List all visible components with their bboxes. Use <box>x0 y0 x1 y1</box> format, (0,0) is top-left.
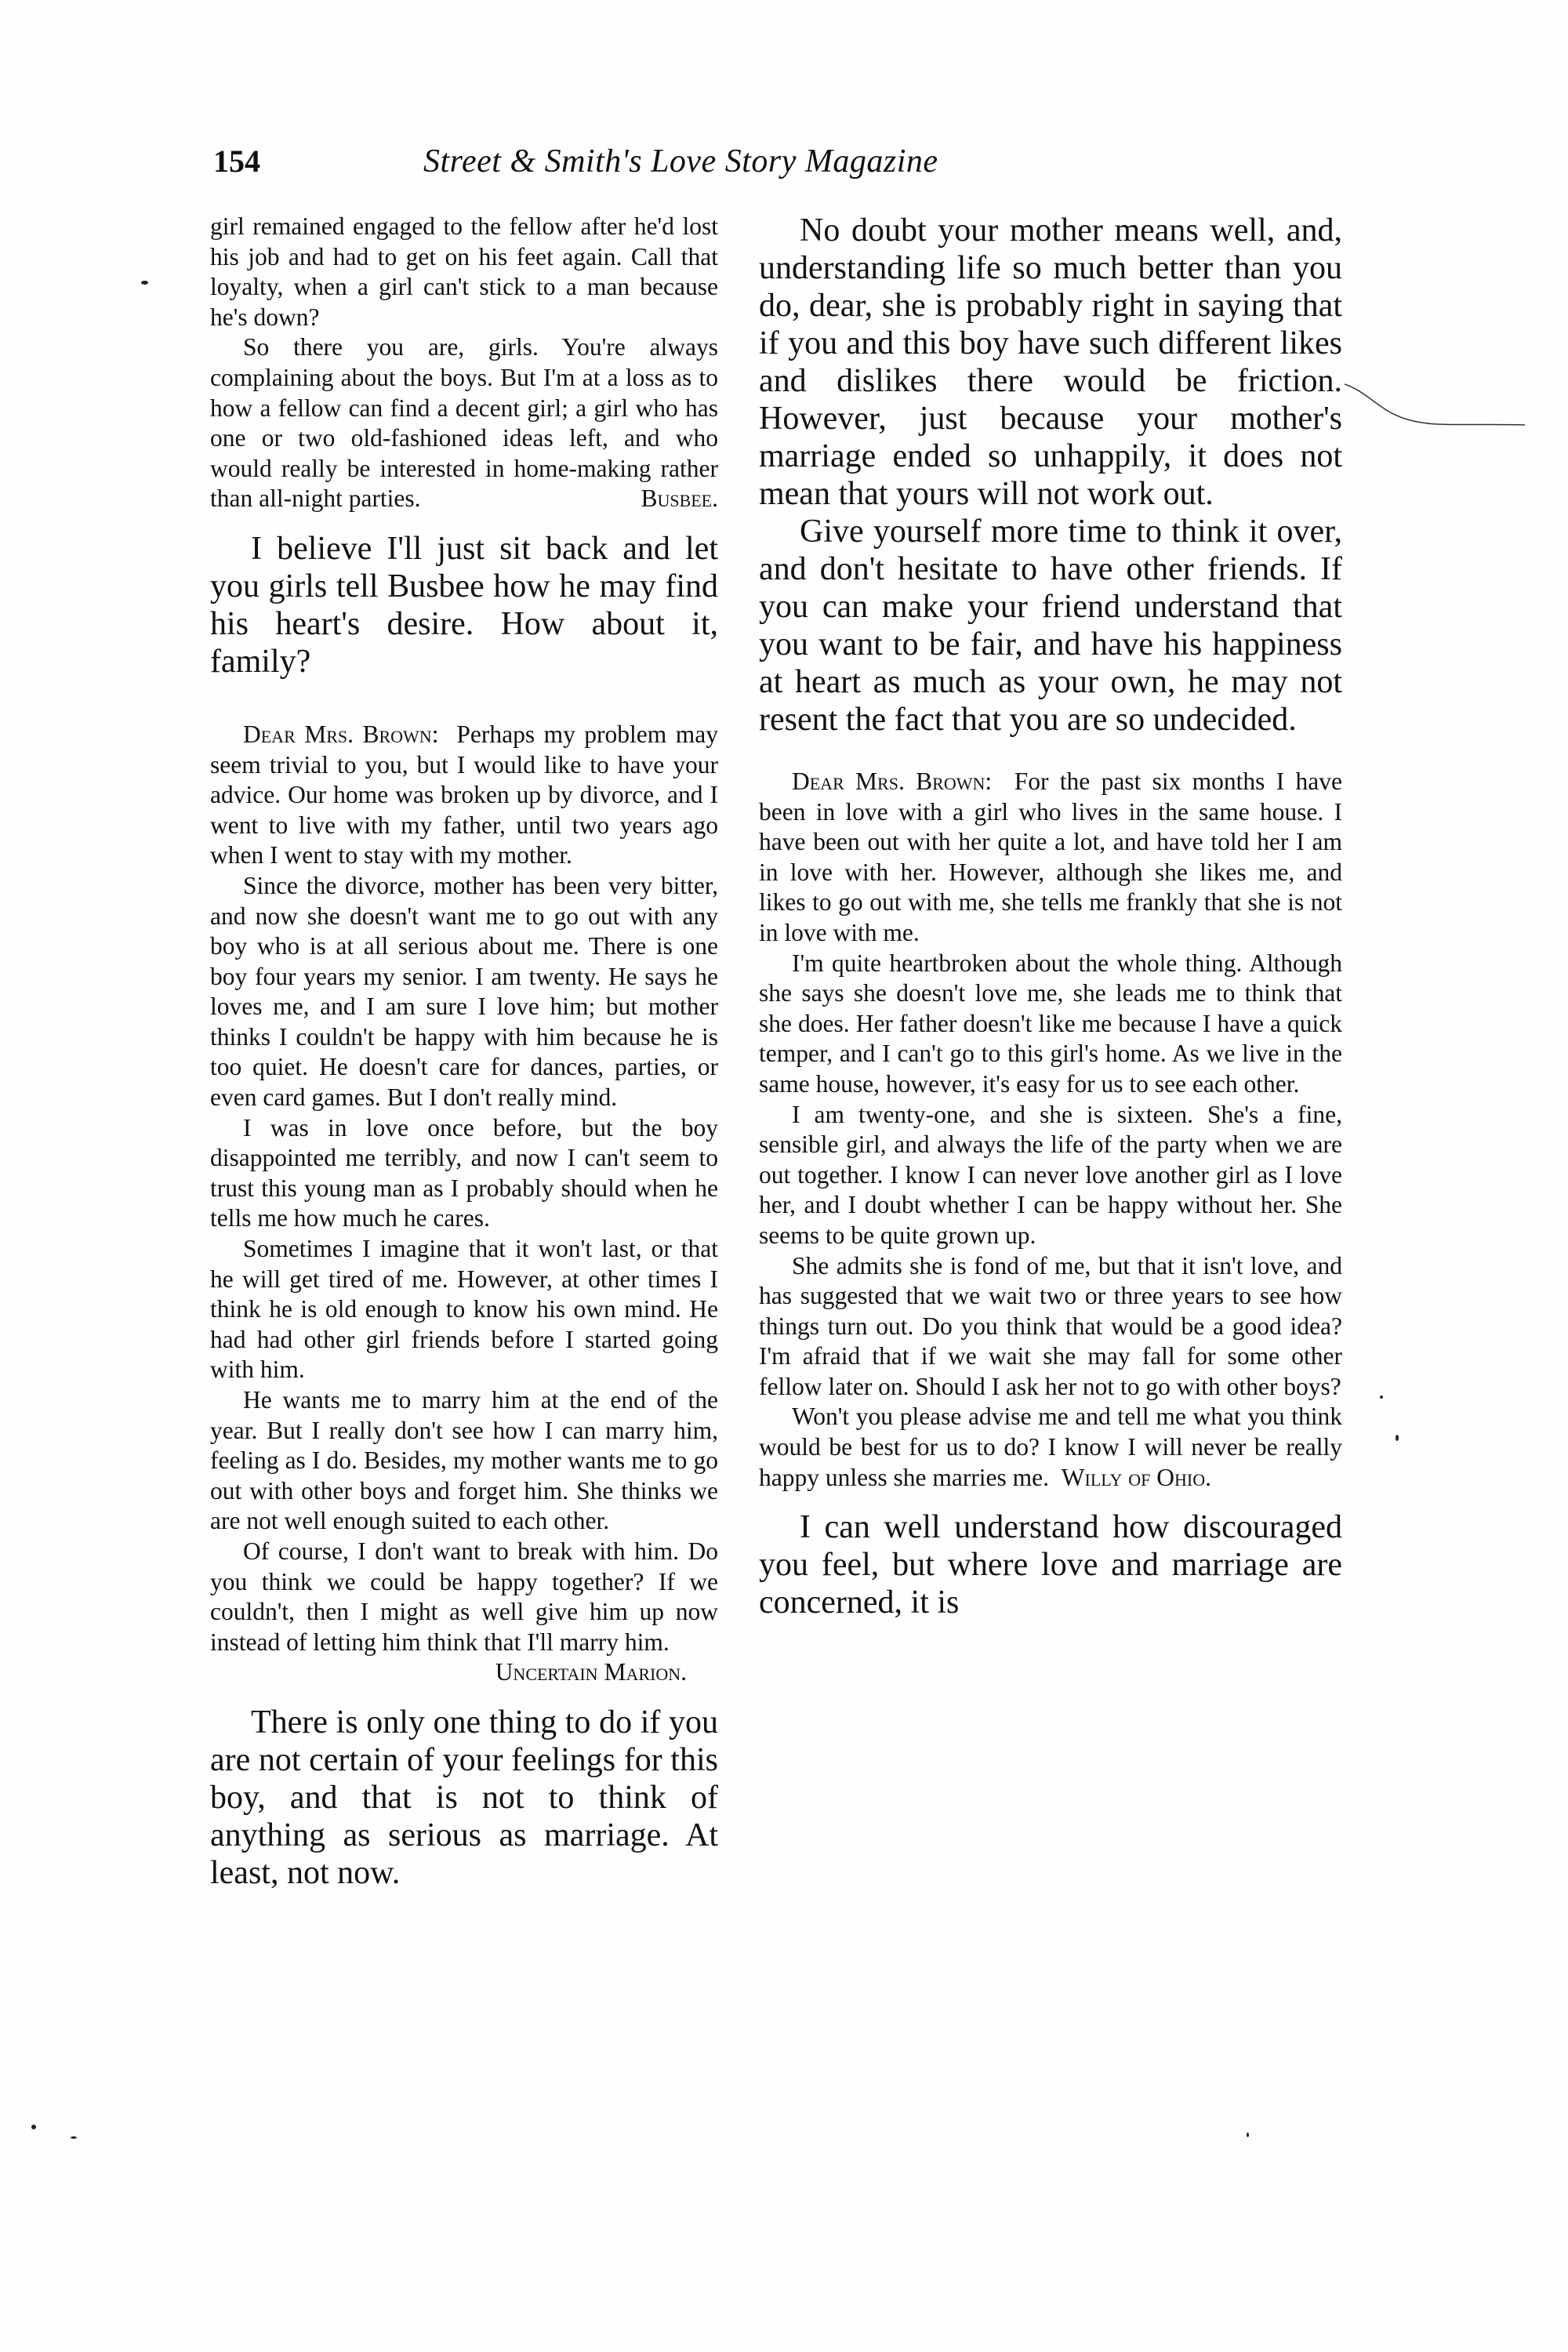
scan-speck <box>141 281 148 285</box>
letter-paragraph: Of course, I don't want to break with hi… <box>210 1537 718 1657</box>
letter-paragraph: He wants me to marry him at the end of t… <box>210 1385 718 1537</box>
letter-paragraph: Dear Mrs. Brown: Perhaps my problem may … <box>210 720 718 871</box>
magazine-title: Street & Smith's Love Story Magazine <box>423 138 938 185</box>
editor-reply: Give yourself more time to think it over… <box>759 513 1342 739</box>
scan-speck <box>31 2125 36 2129</box>
page-crease-mark <box>1345 376 1525 447</box>
editor-reply: I can well understand how discouraged yo… <box>759 1508 1342 1621</box>
letter-paragraph: Dear Mrs. Brown: For the past six months… <box>759 767 1342 949</box>
left-column: girl remained engaged to the fellow afte… <box>210 212 718 1892</box>
letter-salutation: Dear Mrs. Brown: <box>792 768 992 795</box>
scan-speck <box>71 2136 77 2139</box>
letter-paragraph: I was in love once before, but the boy d… <box>210 1113 718 1234</box>
letter-paragraph: Won't you please advise me and tell me w… <box>759 1402 1342 1493</box>
scan-speck <box>1396 1435 1399 1441</box>
right-column: No doubt your mother means well, and, un… <box>759 212 1342 1621</box>
scan-speck <box>1247 2132 1249 2137</box>
letter-paragraph: I'm quite heartbroken about the whole th… <box>759 949 1342 1100</box>
editor-reply: There is only one thing to do if you are… <box>210 1704 718 1892</box>
letter-paragraph: She admits she is fond of me, but that i… <box>759 1251 1342 1403</box>
letter-paragraph: Sometimes I imagine that it won't last, … <box>210 1234 718 1385</box>
letter-signature-willy: Willy of Ohio. <box>1062 1464 1211 1491</box>
letter-continued-paragraph: girl remained engaged to the fellow afte… <box>210 212 718 332</box>
scan-speck <box>1380 1396 1383 1399</box>
letter-paragraph: I am twenty-one, and she is sixteen. She… <box>759 1100 1342 1251</box>
page-number: 154 <box>213 138 260 185</box>
letter-salutation: Dear Mrs. Brown: <box>243 720 438 748</box>
running-header: 154 Street & Smith's Love Story Magazine <box>213 138 1091 185</box>
letter-signature-marion: Uncertain Marion. <box>210 1657 718 1688</box>
letter-paragraph: Since the divorce, mother has been very … <box>210 871 718 1113</box>
editor-reply: I believe I'll just sit back and let you… <box>210 530 718 681</box>
magazine-page: 154 Street & Smith's Love Story Magazine… <box>0 0 1568 2352</box>
editor-reply: No doubt your mother means well, and, un… <box>759 212 1342 513</box>
